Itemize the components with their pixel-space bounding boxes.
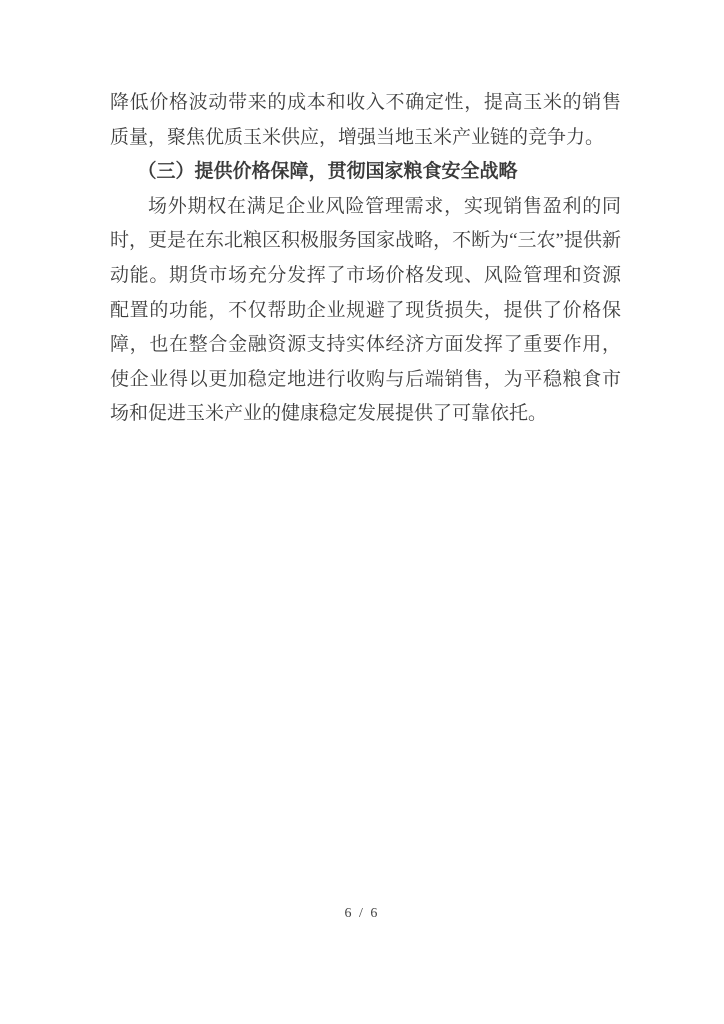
paragraph-body: 场外期权在满足企业风险管理需求，实现销售盈利的同时，更是在东北粮区积极服务国家战… [110,190,621,432]
page-number: 6 / 6 [0,906,724,922]
document-body: 降低价格波动带来的成本和收入不确定性，提高玉米的销售质量，聚焦优质玉米供应，增强… [110,86,621,432]
paragraph-continued: 降低价格波动带来的成本和收入不确定性，提高玉米的销售质量，聚焦优质玉米供应，增强… [110,86,621,155]
document-page: 降低价格波动带来的成本和收入不确定性，提高玉米的销售质量，聚焦优质玉米供应，增强… [0,0,724,1024]
section-heading: （三）提供价格保障，贯彻国家粮食安全战略 [110,155,621,190]
